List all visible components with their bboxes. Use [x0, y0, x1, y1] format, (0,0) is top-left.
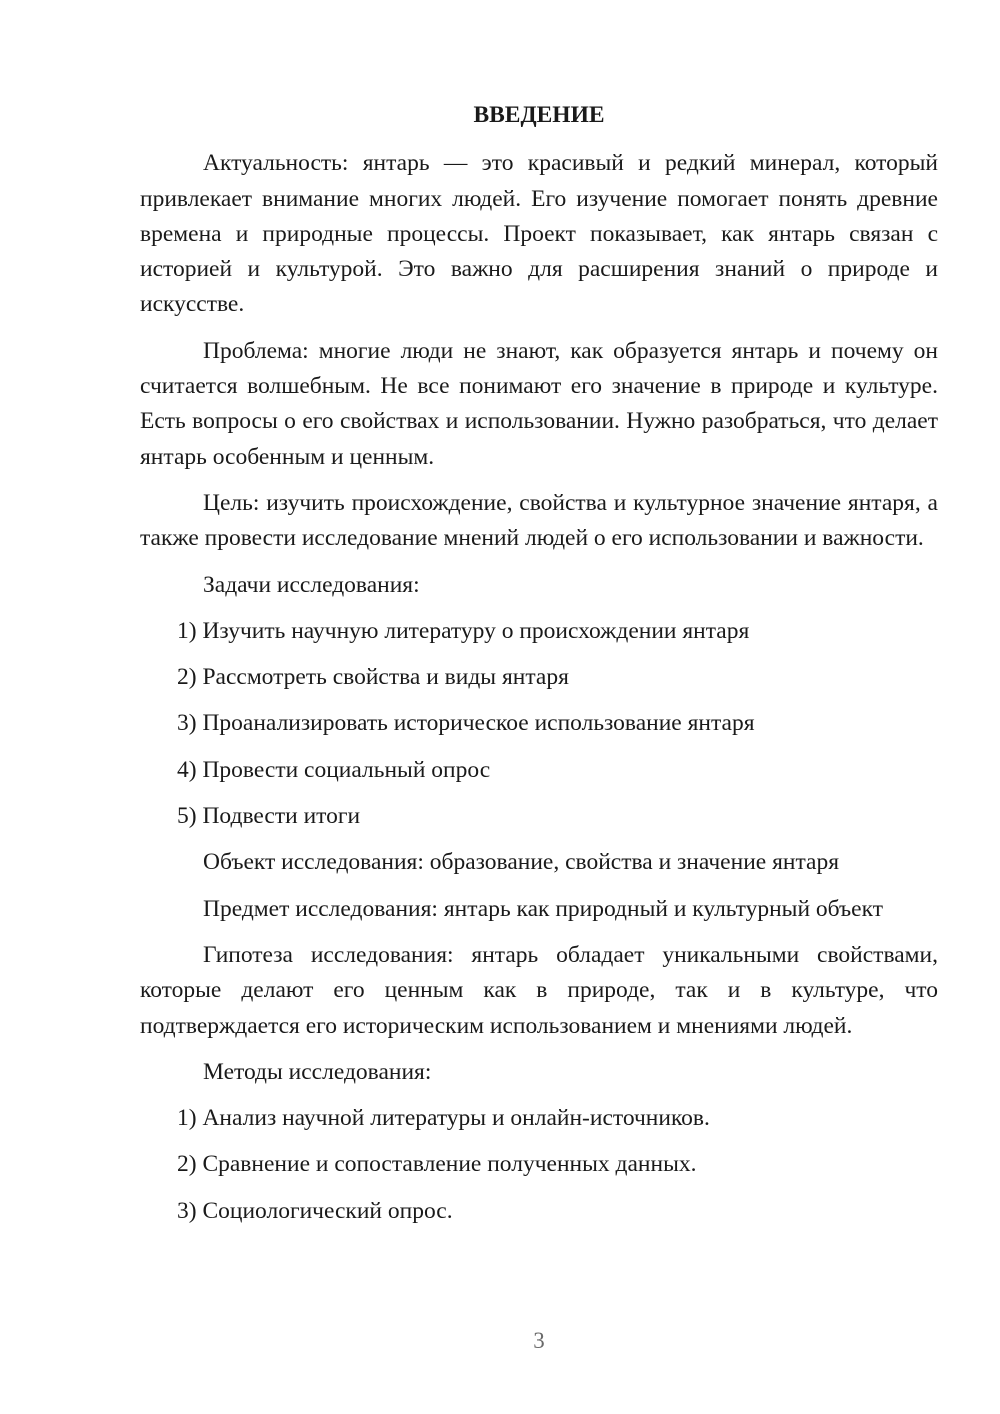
paragraph-goal: Цель: изучить происхождение, свойства и … — [140, 486, 938, 557]
task-item: 2) Рассмотреть свойства и виды янтаря — [177, 660, 938, 695]
document-heading: ВВЕДЕНИЕ — [140, 98, 938, 133]
list-number: 3) — [177, 710, 197, 736]
task-item-text: Проанализировать историческое использова… — [202, 710, 754, 736]
method-item: 3) Социологический опрос. — [177, 1194, 938, 1229]
document-body: ВВЕДЕНИЕ Актуальность: янтарь — это крас… — [140, 98, 938, 1240]
page-number: 3 — [140, 1327, 938, 1355]
list-number: 3) — [177, 1198, 197, 1224]
list-number: 2) — [177, 664, 197, 690]
task-item-text: Провести социальный опрос — [202, 757, 490, 783]
task-item: 1) Изучить научную литературу о происхож… — [177, 614, 938, 649]
method-item: 1) Анализ научной литературы и онлайн-ис… — [177, 1101, 938, 1136]
paragraph-subject: Предмет исследования: янтарь как природн… — [140, 892, 938, 927]
tasks-heading: Задачи исследования: — [140, 568, 938, 603]
task-item-text: Подвести итоги — [202, 803, 360, 829]
list-number: 4) — [177, 757, 197, 783]
document-page: ВВЕДЕНИЕ Актуальность: янтарь — это крас… — [0, 0, 1000, 1414]
list-number: 1) — [177, 1105, 197, 1131]
task-item: 3) Проанализировать историческое использ… — [177, 706, 938, 741]
task-item-text: Рассмотреть свойства и виды янтаря — [202, 664, 568, 690]
list-number: 2) — [177, 1151, 197, 1177]
method-item: 2) Сравнение и сопоставление полученных … — [177, 1147, 938, 1182]
paragraph-object: Объект исследования: образование, свойст… — [140, 845, 938, 880]
paragraph-hypothesis: Гипотеза исследования: янтарь обладает у… — [140, 938, 938, 1044]
paragraph-actuality: Актуальность: янтарь — это красивый и ре… — [140, 146, 938, 322]
methods-heading: Методы исследования: — [140, 1055, 938, 1090]
list-number: 1) — [177, 618, 197, 644]
task-item: 4) Провести социальный опрос — [177, 753, 938, 788]
paragraph-problem: Проблема: многие люди не знают, как обра… — [140, 334, 938, 475]
method-item-text: Анализ научной литературы и онлайн-источ… — [202, 1105, 709, 1131]
list-number: 5) — [177, 803, 197, 829]
task-item-text: Изучить научную литературу о происхожден… — [202, 618, 749, 644]
method-item-text: Социологический опрос. — [202, 1198, 452, 1224]
method-item-text: Сравнение и сопоставление полученных дан… — [202, 1151, 696, 1177]
task-item: 5) Подвести итоги — [177, 799, 938, 834]
